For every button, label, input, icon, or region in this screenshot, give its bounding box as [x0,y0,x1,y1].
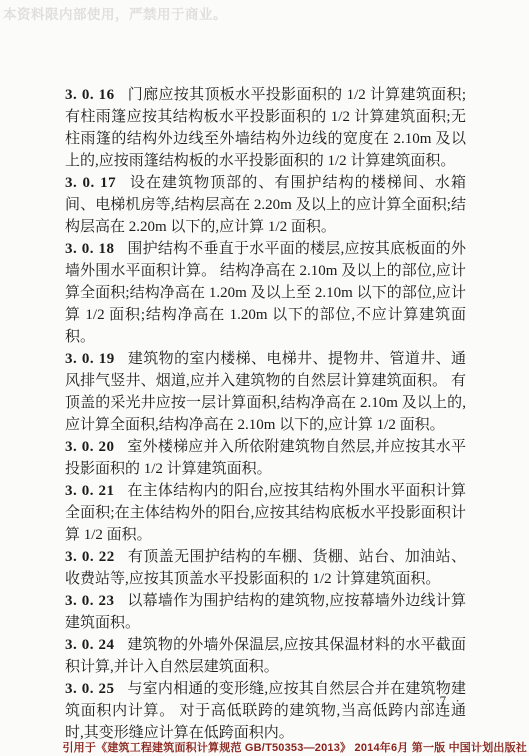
document-content: 3. 0. 16门廊应按其顶板水平投影面积的 1/2 计算建筑面积;有柱雨篷应按… [65,84,466,744]
regulation-paragraph: 3. 0. 23以幕墙作为围护结构的建筑物,应按幕墙外边线计算建筑面积。 [65,590,466,634]
footer-citation: 引用于《建筑工程建筑面积计算规范 GB/T50353—2013》 2014年6月… [62,739,527,755]
clause-number: 3. 0. 18 [65,241,114,257]
clause-text: 室外楼梯应并入所依附建筑物自然层,并应按其水平投影面积的 1/2 计算建筑面积。 [65,439,466,477]
clause-text: 在主体结构内的阳台,应按其结构外围水平面积计算全面积;在主体结构外的阳台,应按其… [65,483,466,543]
clause-text: 门廊应按其顶板水平投影面积的 1/2 计算建筑面积;有柱雨篷应按其结构板水平投影… [65,87,466,169]
regulation-paragraph: 3. 0. 24建筑物的外墙外保温层,应按其保温材料的水平截面积计算,并计入自然… [65,634,466,678]
clause-number: 3. 0. 22 [65,549,115,565]
page-number: · 7 · [426,693,463,709]
clause-number: 3. 0. 17 [65,175,116,191]
regulation-paragraph: 3. 0. 21在主体结构内的阳台,应按其结构外围水平面积计算全面积;在主体结构… [65,480,466,546]
clause-text: 建筑物的外墙外保温层,应按其保温材料的水平截面积计算,并计入自然层建筑面积。 [65,637,466,675]
clause-number: 3. 0. 25 [65,681,114,697]
clause-text: 围护结构不垂直于水平面的楼层,应按其底板面的外墙外围水平面积计算。 结构净高在 … [65,241,466,345]
clause-number: 3. 0. 21 [65,483,114,499]
clause-text: 建筑物的室内楼梯、电梯井、提物井、管道井、通风排气竖井、烟道,应并入建筑物的自然… [65,351,466,433]
regulation-paragraph: 3. 0. 22有顶盖无围护结构的车棚、货棚、站台、加油站、收费站等,应按其顶盖… [65,546,466,590]
clause-number: 3. 0. 16 [65,87,115,103]
regulation-paragraph: 3. 0. 18围护结构不垂直于水平面的楼层,应按其底板面的外墙外围水平面积计算… [65,238,466,348]
clause-number: 3. 0. 19 [65,351,115,367]
regulation-paragraph: 3. 0. 25与室内相通的变形缝,应按其自然层合并在建筑物建筑面积内计算。 对… [65,678,466,744]
clause-text: 有顶盖无围护结构的车棚、货棚、站台、加油站、收费站等,应按其顶盖水平投影面积的 … [65,549,466,587]
regulation-paragraph: 3. 0. 20室外楼梯应并入所依附建筑物自然层,并应按其水平投影面积的 1/2… [65,436,466,480]
document-page: 本资料限内部使用，严禁用于商业。 3. 0. 16门廊应按其顶板水平投影面积的 … [0,0,529,756]
regulation-paragraph: 3. 0. 17设在建筑物顶部的、有围护结构的楼梯间、水箱间、电梯机房等,结构层… [65,172,466,238]
clause-number: 3. 0. 24 [65,637,114,653]
clause-text: 以幕墙作为围护结构的建筑物,应按幕墙外边线计算建筑面积。 [65,593,466,631]
clause-text: 与室内相通的变形缝,应按其自然层合并在建筑物建筑面积内计算。 对于高低联跨的建筑… [65,681,466,741]
regulation-paragraph: 3. 0. 19建筑物的室内楼梯、电梯井、提物井、管道井、通风排气竖井、烟道,应… [65,348,466,436]
clause-number: 3. 0. 23 [65,593,114,609]
clause-text: 设在建筑物顶部的、有围护结构的楼梯间、水箱间、电梯机房等,结构层高在 2.20m… [65,175,466,235]
clause-number: 3. 0. 20 [65,439,114,455]
internal-use-watermark: 本资料限内部使用，严禁用于商业。 [3,3,227,23]
regulation-paragraph: 3. 0. 16门廊应按其顶板水平投影面积的 1/2 计算建筑面积;有柱雨篷应按… [65,84,466,172]
